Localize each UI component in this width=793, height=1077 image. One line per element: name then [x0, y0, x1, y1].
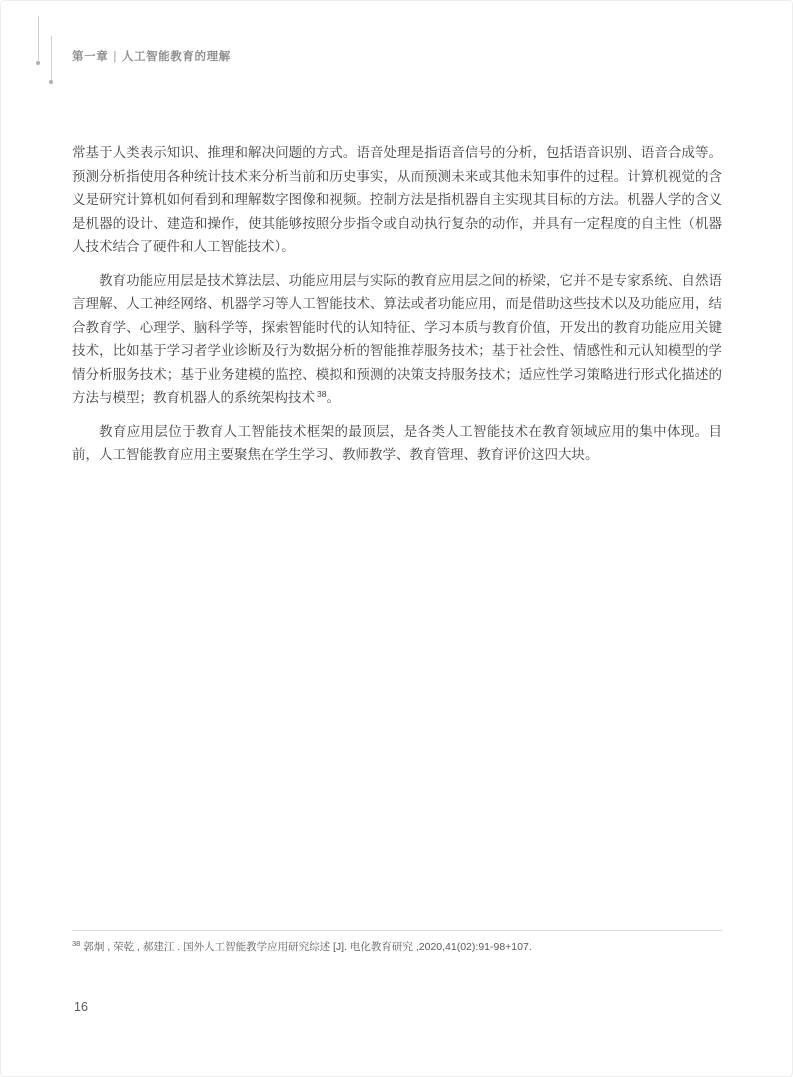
decorative-thread-dot	[49, 80, 53, 84]
paragraph-text: 教育功能应用层是技术算法层、功能应用层与实际的教育应用层之间的桥梁，它并不是专家…	[72, 273, 722, 406]
decorative-thread	[51, 36, 52, 80]
header-separator: |	[113, 51, 117, 63]
decorative-thread	[38, 16, 39, 61]
body-text-block: 常基于人类表示知识、推理和解决问题的方式。语音处理是指语音信号的分析，包括语音识…	[72, 141, 722, 477]
footnote: 38郭炯 , 荣乾 , 郝建江 . 国外人工智能教学应用研究综述 [J]. 电化…	[72, 939, 722, 955]
document-page: 第一章|人工智能教育的理解 常基于人类表示知识、推理和解决问题的方式。语音处理是…	[0, 0, 793, 1077]
page-number: 16	[74, 1000, 88, 1014]
paragraph-application-layer: 教育应用层位于教育人工智能技术框架的最顶层，是各类人工智能技术在教育领域应用的集…	[72, 420, 722, 467]
running-header: 第一章|人工智能教育的理解	[72, 50, 231, 64]
footnote-marker: 38	[72, 939, 80, 948]
decorative-thread-dot	[36, 61, 40, 65]
paragraph-text: 。	[326, 390, 340, 405]
paragraph-function-layer: 教育功能应用层是技术算法层、功能应用层与实际的教育应用层之间的桥梁，它并不是专家…	[72, 269, 722, 410]
paragraph-continuation: 常基于人类表示知识、推理和解决问题的方式。语音处理是指语音信号的分析，包括语音识…	[72, 141, 722, 259]
footnote-text: 郭炯 , 荣乾 , 郝建江 . 国外人工智能教学应用研究综述 [J]. 电化教育…	[83, 941, 531, 953]
footnote-divider	[72, 930, 722, 931]
chapter-label: 第一章	[72, 51, 108, 63]
chapter-title: 人工智能教育的理解	[122, 51, 231, 63]
